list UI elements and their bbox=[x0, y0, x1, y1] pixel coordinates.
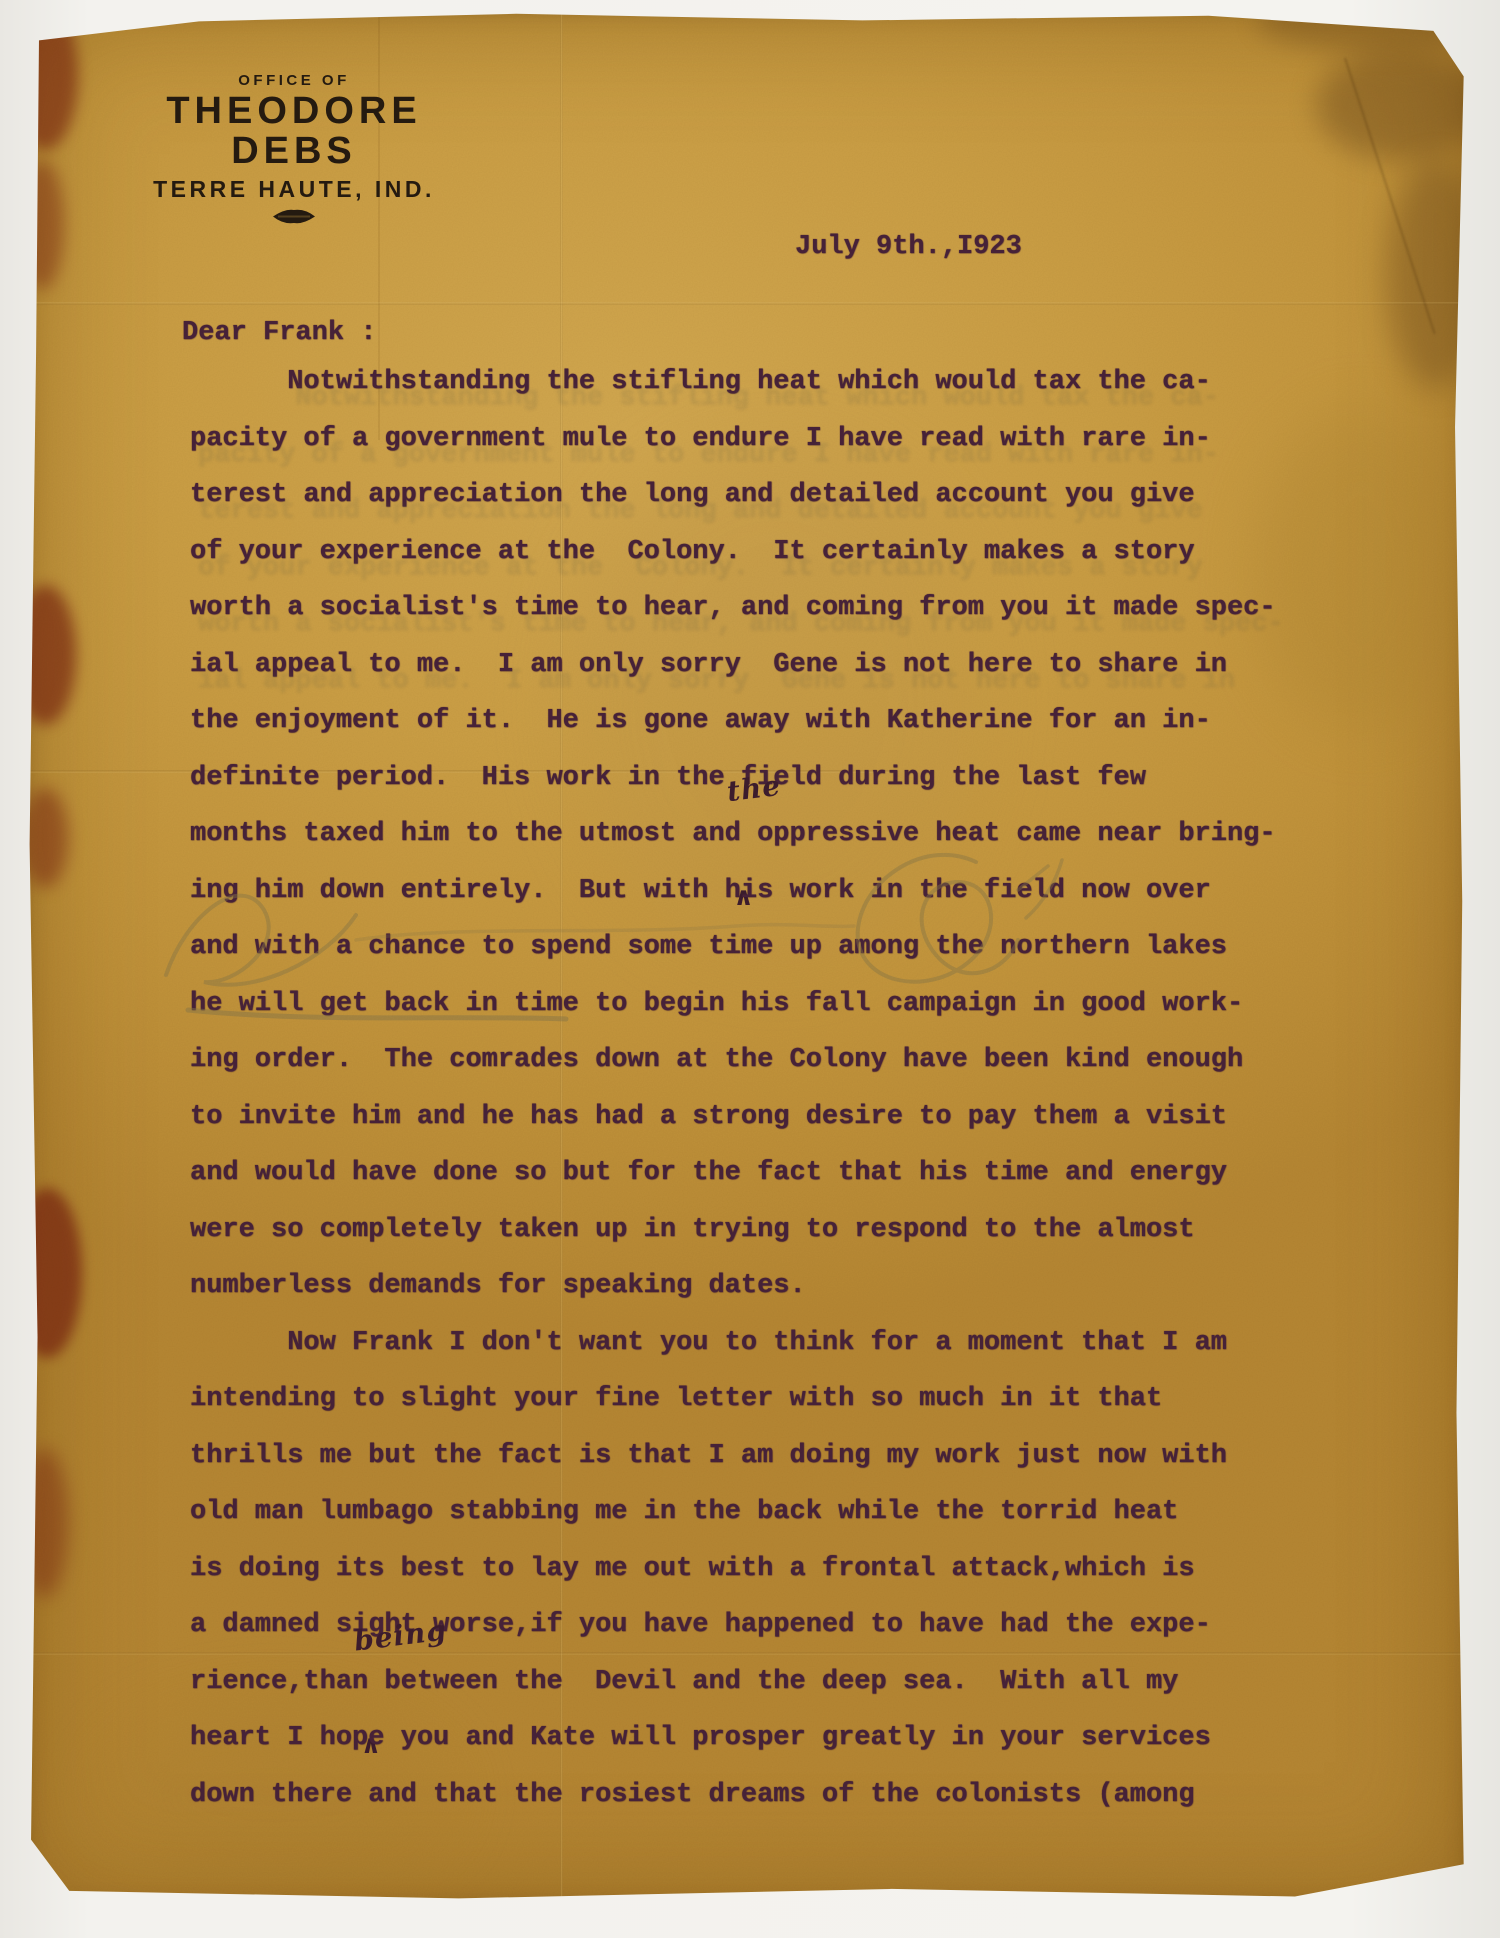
letter-body: Notwithstanding the stifling heat which … bbox=[190, 354, 1370, 1823]
typed-line: ial appeal to me. I am only sorry Gene i… bbox=[190, 637, 1370, 694]
typed-line: old man lumbago stabbing me in the back … bbox=[190, 1484, 1370, 1541]
stain-top-right bbox=[1256, 0, 1496, 52]
letterhead: OFFICE OF THEODORE DEBS TERRE HAUTE, IND… bbox=[112, 72, 476, 230]
typed-line: ing him down entirely. But with his work… bbox=[190, 863, 1370, 920]
typed-line: is doing its best to lay me out with a f… bbox=[190, 1541, 1370, 1598]
typed-text: between the Devil and the deep sea. With… bbox=[384, 1667, 1178, 1697]
typed-line: intending to slight your fine letter wit… bbox=[190, 1371, 1370, 1428]
stain-left-edge bbox=[14, 585, 76, 725]
letterhead-office-of: OFFICE OF bbox=[112, 72, 476, 89]
typed-line: rience,thanbeing∧between the Devil and t… bbox=[190, 1654, 1370, 1711]
typed-line: and would have done so but for the fact … bbox=[190, 1145, 1370, 1202]
typed-text: rience,than bbox=[190, 1667, 368, 1697]
fold-crease-corner bbox=[1344, 58, 1436, 334]
printers-mark-icon bbox=[271, 208, 317, 225]
stain-top-right bbox=[1316, 50, 1486, 160]
typed-line: down there and that the rosiest dreams o… bbox=[190, 1767, 1370, 1824]
stain-left-edge bbox=[20, 1448, 68, 1598]
typed-line: terest and appreciation the long and det… bbox=[190, 467, 1370, 524]
inserted-word: the bbox=[724, 757, 785, 820]
inserted-word: being bbox=[351, 1603, 450, 1670]
letterhead-city: TERRE HAUTE, IND. bbox=[112, 176, 476, 203]
typed-text: oppressive heat came near bring- bbox=[757, 819, 1275, 849]
typed-text: months taxed him to the utmost and bbox=[190, 819, 741, 849]
typed-line: he will get back in time to begin his fa… bbox=[190, 976, 1370, 1033]
typed-line: numberless demands for speaking dates. bbox=[190, 1258, 1370, 1315]
date-line: July 9th.,I923 bbox=[795, 232, 1022, 262]
typed-line: to invite him and he has had a strong de… bbox=[190, 1089, 1370, 1146]
stain-left-edge bbox=[12, 0, 78, 150]
typed-line: and with a chance to spend some time up … bbox=[190, 919, 1370, 976]
stain-left-edge bbox=[12, 1188, 82, 1358]
typed-line: thrills me but the fact is that I am doi… bbox=[190, 1428, 1370, 1485]
typed-line: worth a socialist's time to hear, and co… bbox=[190, 580, 1370, 637]
typed-line: months taxed him to the utmost andthe∧op… bbox=[190, 806, 1370, 863]
typed-line: the enjoyment of it. He is gone away wit… bbox=[190, 693, 1370, 750]
typed-line: of your experience at the Colony. It cer… bbox=[190, 524, 1370, 581]
letter-paper: OFFICE OF THEODORE DEBS TERRE HAUTE, IND… bbox=[26, 10, 1468, 1906]
typed-line: ing order. The comrades down at the Colo… bbox=[190, 1032, 1370, 1089]
scan-background: OFFICE OF THEODORE DEBS TERRE HAUTE, IND… bbox=[0, 0, 1500, 1938]
letterhead-name: THEODORE DEBS bbox=[112, 92, 476, 172]
stain-top-right bbox=[1386, 160, 1486, 390]
stain-left-edge bbox=[22, 788, 68, 888]
typed-line: were so completely taken up in trying to… bbox=[190, 1202, 1370, 1259]
typed-line: pacity of a government mule to endure I … bbox=[190, 411, 1370, 468]
stain-left-edge bbox=[20, 160, 64, 290]
typed-line: Notwithstanding the stifling heat which … bbox=[190, 354, 1370, 411]
fold-crease-horizontal bbox=[26, 302, 1468, 305]
typed-line: heart I hope you and Kate will prosper g… bbox=[190, 1710, 1370, 1767]
typed-line: Now Frank I don't want you to think for … bbox=[190, 1315, 1370, 1372]
salutation: Dear Frank : bbox=[182, 318, 376, 348]
